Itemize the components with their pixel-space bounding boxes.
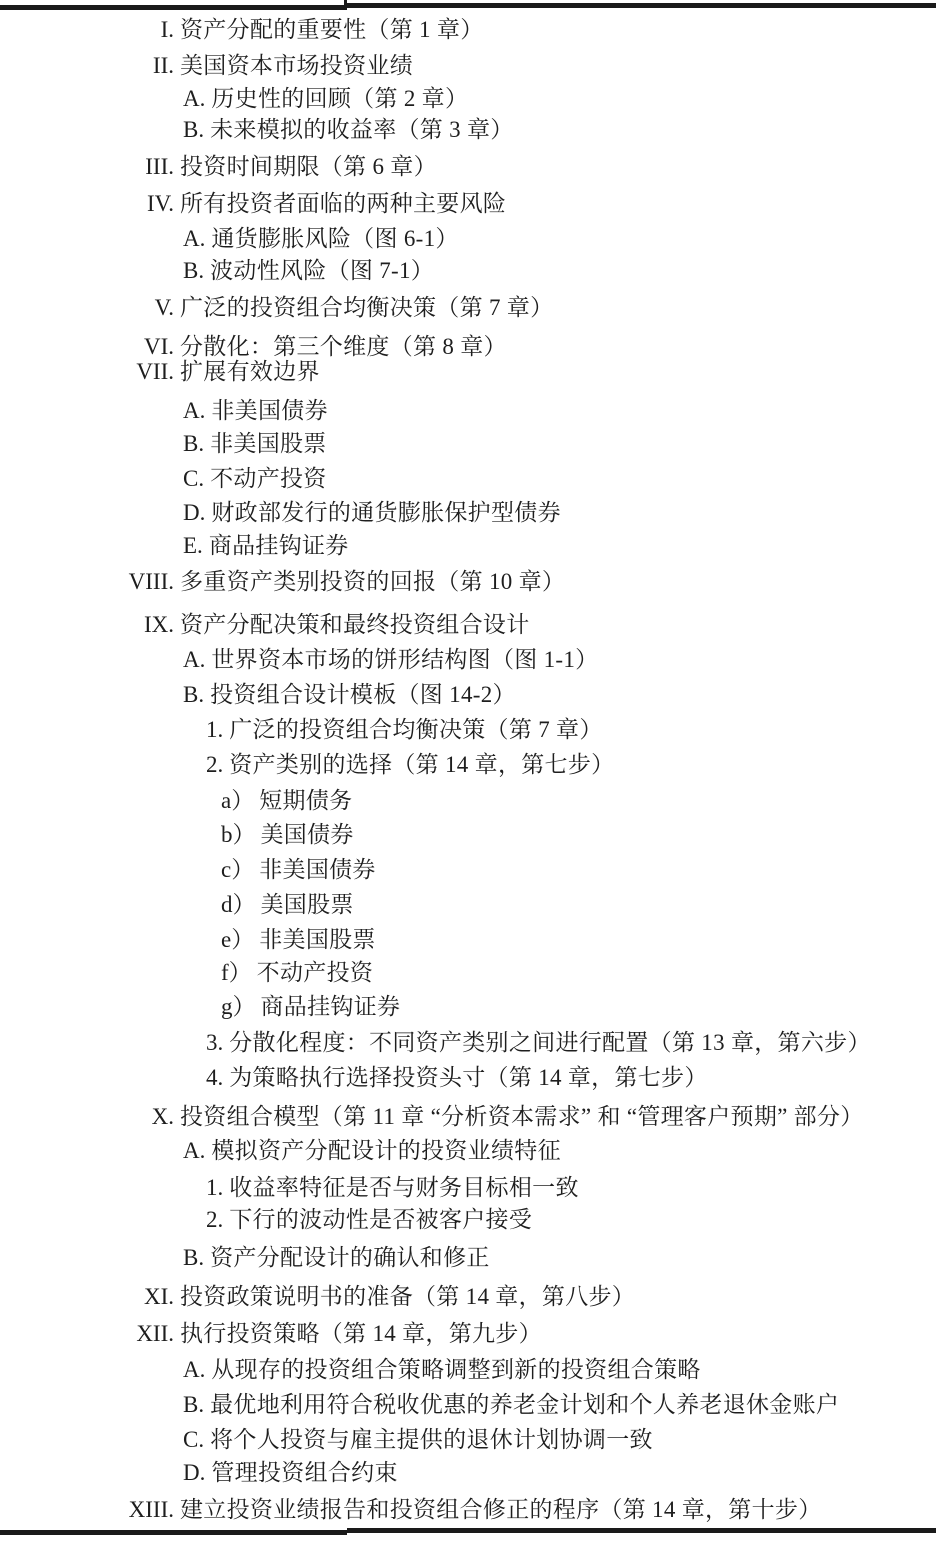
outline-item: 3.分散化程度：不同资产类别之间进行配置（第 13 章，第六步）: [206, 1028, 936, 1058]
top-rule-left-segment: [0, 5, 347, 10]
outline-item-text: 将个人投资与雇主提供的退休计划协调一致: [210, 1427, 653, 1452]
outline-item-text: 短期债务: [259, 788, 352, 813]
outline-item-label: 2.: [206, 752, 223, 777]
outline-item: f）不动产投资: [221, 958, 936, 988]
outline-item: B.投资组合设计模板（图 14-2）: [183, 680, 936, 710]
outline-item-text: 所有投资者面临的两种主要风险: [180, 191, 506, 216]
outline-item-text: 管理投资组合约束: [211, 1460, 397, 1485]
outline-item-text: 建立投资业绩报告和投资组合修正的程序（第 14 章，第十步）: [180, 1497, 822, 1522]
outline-item: B.波动性风险（图 7-1）: [183, 256, 936, 286]
outline-item-text: 资产分配决策和最终投资组合设计: [180, 612, 530, 637]
outline-item-label: XI.: [0, 1282, 174, 1312]
outline-item-text: 非美国债券: [211, 398, 328, 423]
outline-item-label: VII.: [0, 357, 174, 387]
outline-item-label: f）: [221, 960, 252, 985]
outline-item: IX.资产分配决策和最终投资组合设计: [0, 610, 936, 640]
outline-item-label: d）: [221, 892, 256, 917]
outline-item-label: I.: [0, 15, 174, 45]
outline-item-label: A.: [183, 398, 205, 423]
outline-item: E.商品挂钩证券: [183, 531, 936, 561]
outline-item: C.不动产投资: [183, 464, 936, 494]
outline-item: A.非美国债券: [183, 396, 936, 426]
outline-item-label: c）: [221, 857, 254, 882]
outline-item-label: D.: [183, 1460, 205, 1485]
outline-item: D.财政部发行的通货膨胀保护型债券: [183, 498, 936, 528]
outline-item-label: IX.: [0, 610, 174, 640]
outline-item-label: XIII.: [0, 1495, 174, 1525]
outline-item-label: b）: [221, 822, 256, 847]
outline-item-text: 商品挂钩证券: [209, 533, 349, 558]
outline-item-label: XII.: [0, 1319, 174, 1349]
outline-item: B.最优地利用符合税收优惠的养老金计划和个人养老退休金账户: [183, 1390, 936, 1420]
outline-item-text: 下行的波动性是否被客户接受: [229, 1207, 532, 1232]
outline-item-label: B.: [183, 431, 204, 456]
outline-item-label: II.: [0, 51, 174, 81]
outline-item-label: E.: [183, 533, 203, 558]
outline-item-text: 商品挂钩证券: [261, 994, 401, 1019]
outline-item-text: 为策略执行选择投资头寸（第 14 章，第七步）: [229, 1065, 707, 1090]
outline-item: C.将个人投资与雇主提供的退休计划协调一致: [183, 1425, 936, 1455]
outline-item: XIII.建立投资业绩报告和投资组合修正的程序（第 14 章，第十步）: [0, 1495, 936, 1525]
outline-item-text: 历史性的回顾（第 2 章）: [211, 86, 468, 111]
outline-item-label: 2.: [206, 1207, 223, 1232]
outline-item-text: 分散化：第三个维度（第 8 章）: [180, 334, 507, 359]
outline-item: II.美国资本市场投资业绩: [0, 51, 936, 81]
outline-item: A.从现存的投资组合策略调整到新的投资组合策略: [183, 1355, 936, 1385]
outline-item-label: D.: [183, 500, 205, 525]
outline-item-text: 投资政策说明书的准备（第 14 章，第八步）: [180, 1284, 635, 1309]
outline-item: 1.收益率特征是否与财务目标相一致: [206, 1173, 936, 1203]
outline-item: B.未来模拟的收益率（第 3 章）: [183, 115, 936, 145]
outline-item: VIII.多重资产类别投资的回报（第 10 章）: [0, 567, 936, 597]
outline-item-label: g）: [221, 994, 256, 1019]
outline-item-label: VIII.: [0, 567, 174, 597]
outline-item: a）短期债务: [221, 786, 936, 816]
outline-item: b）美国债券: [221, 820, 936, 850]
outline-item-text: 不动产投资: [257, 960, 374, 985]
outline-item-text: 非美国债券: [259, 857, 376, 882]
outline-item-label: C.: [183, 466, 204, 491]
outline-item-label: A.: [183, 1357, 205, 1382]
outline-item-label: 1.: [206, 1175, 223, 1200]
outline-item-text: 从现存的投资组合策略调整到新的投资组合策略: [211, 1357, 700, 1382]
outline-item-text: 不动产投资: [210, 466, 327, 491]
outline-item-text: 通货膨胀风险（图 6-1）: [211, 226, 458, 251]
outline-item-text: 美国债券: [261, 822, 354, 847]
outline-item-label: IV.: [0, 189, 174, 219]
outline-item-text: 资产分配的重要性（第 1 章）: [180, 17, 484, 42]
outline-item-text: 执行投资策略（第 14 章，第九步）: [180, 1321, 542, 1346]
outline-item: 1.广泛的投资组合均衡决策（第 7 章）: [206, 715, 936, 745]
outline-item-text: 美国股票: [261, 892, 354, 917]
outline-item-label: 3.: [206, 1030, 223, 1055]
outline-item: I.资产分配的重要性（第 1 章）: [0, 15, 936, 45]
outline-item: 2.资产类别的选择（第 14 章，第七步）: [206, 750, 936, 780]
outline-item-text: 多重资产类别投资的回报（第 10 章）: [180, 569, 565, 594]
outline-item-text: 投资组合模型（第 11 章 “分析资本需求” 和 “管理客户预期” 部分）: [180, 1104, 864, 1129]
outline-item-label: B.: [183, 682, 204, 707]
outline-item: e）非美国股票: [221, 925, 936, 955]
outline-item-text: 资产类别的选择（第 14 章，第七步）: [229, 752, 614, 777]
outline-item-label: a）: [221, 788, 254, 813]
outline-item-text: 广泛的投资组合均衡决策（第 7 章）: [180, 295, 553, 320]
top-rule-tick-artifact: [344, 0, 347, 9]
outline-item: A.世界资本市场的饼形结构图（图 1-1）: [183, 645, 936, 675]
outline-item-label: A.: [183, 647, 205, 672]
outline-item-label: A.: [183, 226, 205, 251]
outline-item: XI.投资政策说明书的准备（第 14 章，第八步）: [0, 1282, 936, 1312]
outline-item-text: 世界资本市场的饼形结构图（图 1-1）: [211, 647, 598, 672]
document-page: I.资产分配的重要性（第 1 章）II.美国资本市场投资业绩A.历史性的回顾（第…: [0, 0, 936, 1547]
outline-item-text: 最优地利用符合税收优惠的养老金计划和个人养老退休金账户: [210, 1392, 839, 1417]
outline-item-label: A.: [183, 86, 205, 111]
outline-item: d）美国股票: [221, 890, 936, 920]
outline-item-text: 资产分配设计的确认和修正: [210, 1245, 490, 1270]
outline-item-text: 财政部发行的通货膨胀保护型债券: [211, 500, 561, 525]
outline-item-label: 1.: [206, 717, 223, 742]
outline-item-text: 分散化程度：不同资产类别之间进行配置（第 13 章，第六步）: [229, 1030, 871, 1055]
outline-item-text: 投资时间期限（第 6 章）: [180, 154, 437, 179]
outline-item-label: 4.: [206, 1065, 223, 1090]
outline-item-label: B.: [183, 258, 204, 283]
outline-item-text: 未来模拟的收益率（第 3 章）: [210, 117, 514, 142]
outline-item: 4.为策略执行选择投资头寸（第 14 章，第七步）: [206, 1063, 936, 1093]
outline-item-text: 投资组合设计模板（图 14-2）: [210, 682, 516, 707]
outline-item: X.投资组合模型（第 11 章 “分析资本需求” 和 “管理客户预期” 部分）: [0, 1102, 936, 1132]
outline-item-text: 广泛的投资组合均衡决策（第 7 章）: [229, 717, 602, 742]
outline-item: c）非美国债券: [221, 855, 936, 885]
outline-item-label: III.: [0, 152, 174, 182]
outline-item: III.投资时间期限（第 6 章）: [0, 152, 936, 182]
outline-item-text: 收益率特征是否与财务目标相一致: [229, 1175, 579, 1200]
outline-item: 2.下行的波动性是否被客户接受: [206, 1205, 936, 1235]
outline-item-text: 扩展有效边界: [180, 359, 320, 384]
bottom-rule-right-segment: [347, 1528, 936, 1533]
outline-item: IV.所有投资者面临的两种主要风险: [0, 189, 936, 219]
outline-item: A.通货膨胀风险（图 6-1）: [183, 224, 936, 254]
outline-item-text: 波动性风险（图 7-1）: [210, 258, 434, 283]
outline-item-text: 非美国股票: [210, 431, 327, 456]
outline-item-label: B.: [183, 1392, 204, 1417]
outline-item: V.广泛的投资组合均衡决策（第 7 章）: [0, 293, 936, 323]
outline-item-label: V.: [0, 293, 174, 323]
top-rule-right-segment: [347, 3, 936, 8]
outline-item-label: X.: [0, 1102, 174, 1132]
outline-item-label: C.: [183, 1427, 204, 1452]
outline-item-text: 美国资本市场投资业绩: [180, 53, 413, 78]
outline-item-label: A.: [183, 1138, 205, 1163]
outline-item-text: 模拟资产分配设计的投资业绩特征: [211, 1138, 561, 1163]
outline-item-text: 非美国股票: [259, 927, 376, 952]
outline-item: B.资产分配设计的确认和修正: [183, 1243, 936, 1273]
outline-item-label: B.: [183, 1245, 204, 1270]
outline-item-label: e）: [221, 927, 254, 952]
bottom-rule-left-segment: [0, 1530, 347, 1535]
outline-item: VII.扩展有效边界: [0, 357, 936, 387]
outline-item: A.模拟资产分配设计的投资业绩特征: [183, 1136, 936, 1166]
outline-item: D.管理投资组合约束: [183, 1458, 936, 1488]
outline-item: B.非美国股票: [183, 429, 936, 459]
outline-item: g）商品挂钩证券: [221, 992, 936, 1022]
outline-item-label: B.: [183, 117, 204, 142]
outline-item: XII.执行投资策略（第 14 章，第九步）: [0, 1319, 936, 1349]
outline-item: A.历史性的回顾（第 2 章）: [183, 84, 936, 114]
